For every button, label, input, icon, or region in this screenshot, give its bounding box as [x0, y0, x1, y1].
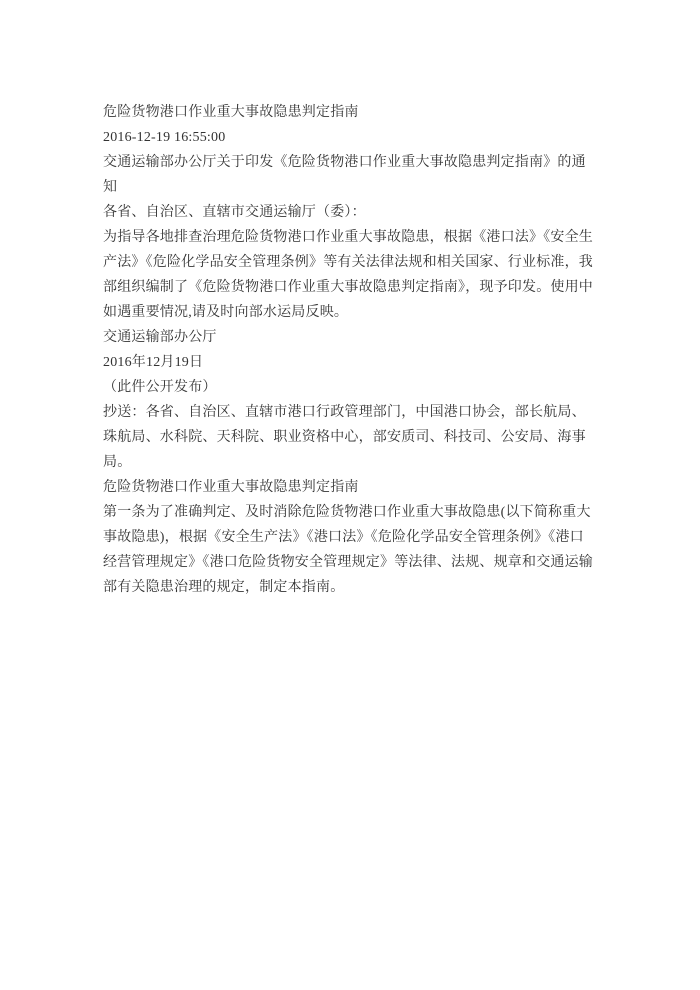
- public-release-note: （此件公开发布）: [103, 375, 597, 400]
- salutation: 各省、自治区、直辖市交通运输厅（委）：: [103, 200, 597, 225]
- issue-date: 2016年12月19日: [103, 350, 597, 375]
- article-title: 危险货物港口作业重大事故隐患判定指南: [103, 100, 597, 125]
- guide-title: 危险货物港口作业重大事故隐患判定指南: [103, 475, 597, 500]
- body-paragraph: 为指导各地排查治理危险货物港口作业重大事故隐患，根据《港口法》《安全生产法》《危…: [103, 225, 597, 325]
- article: 危险货物港口作业重大事故隐患判定指南 2016-12-19 16:55:00 交…: [103, 100, 597, 600]
- cc-list: 抄送：各省、自治区、直辖市港口行政管理部门，中国港口协会，部长航局、珠航局、水科…: [103, 400, 597, 475]
- document-page: 危险货物港口作业重大事故隐患判定指南 2016-12-19 16:55:00 交…: [0, 0, 700, 990]
- issuer-signature: 交通运输部办公厅: [103, 325, 597, 350]
- notice-title: 交通运输部办公厅关于印发《危险货物港口作业重大事故隐患判定指南》的通知: [103, 150, 597, 200]
- publish-datetime: 2016-12-19 16:55:00: [103, 125, 597, 150]
- article-1-paragraph: 第一条为了准确判定、及时消除危险货物港口作业重大事故隐患(以下简称重大事故隐患)…: [103, 500, 597, 600]
